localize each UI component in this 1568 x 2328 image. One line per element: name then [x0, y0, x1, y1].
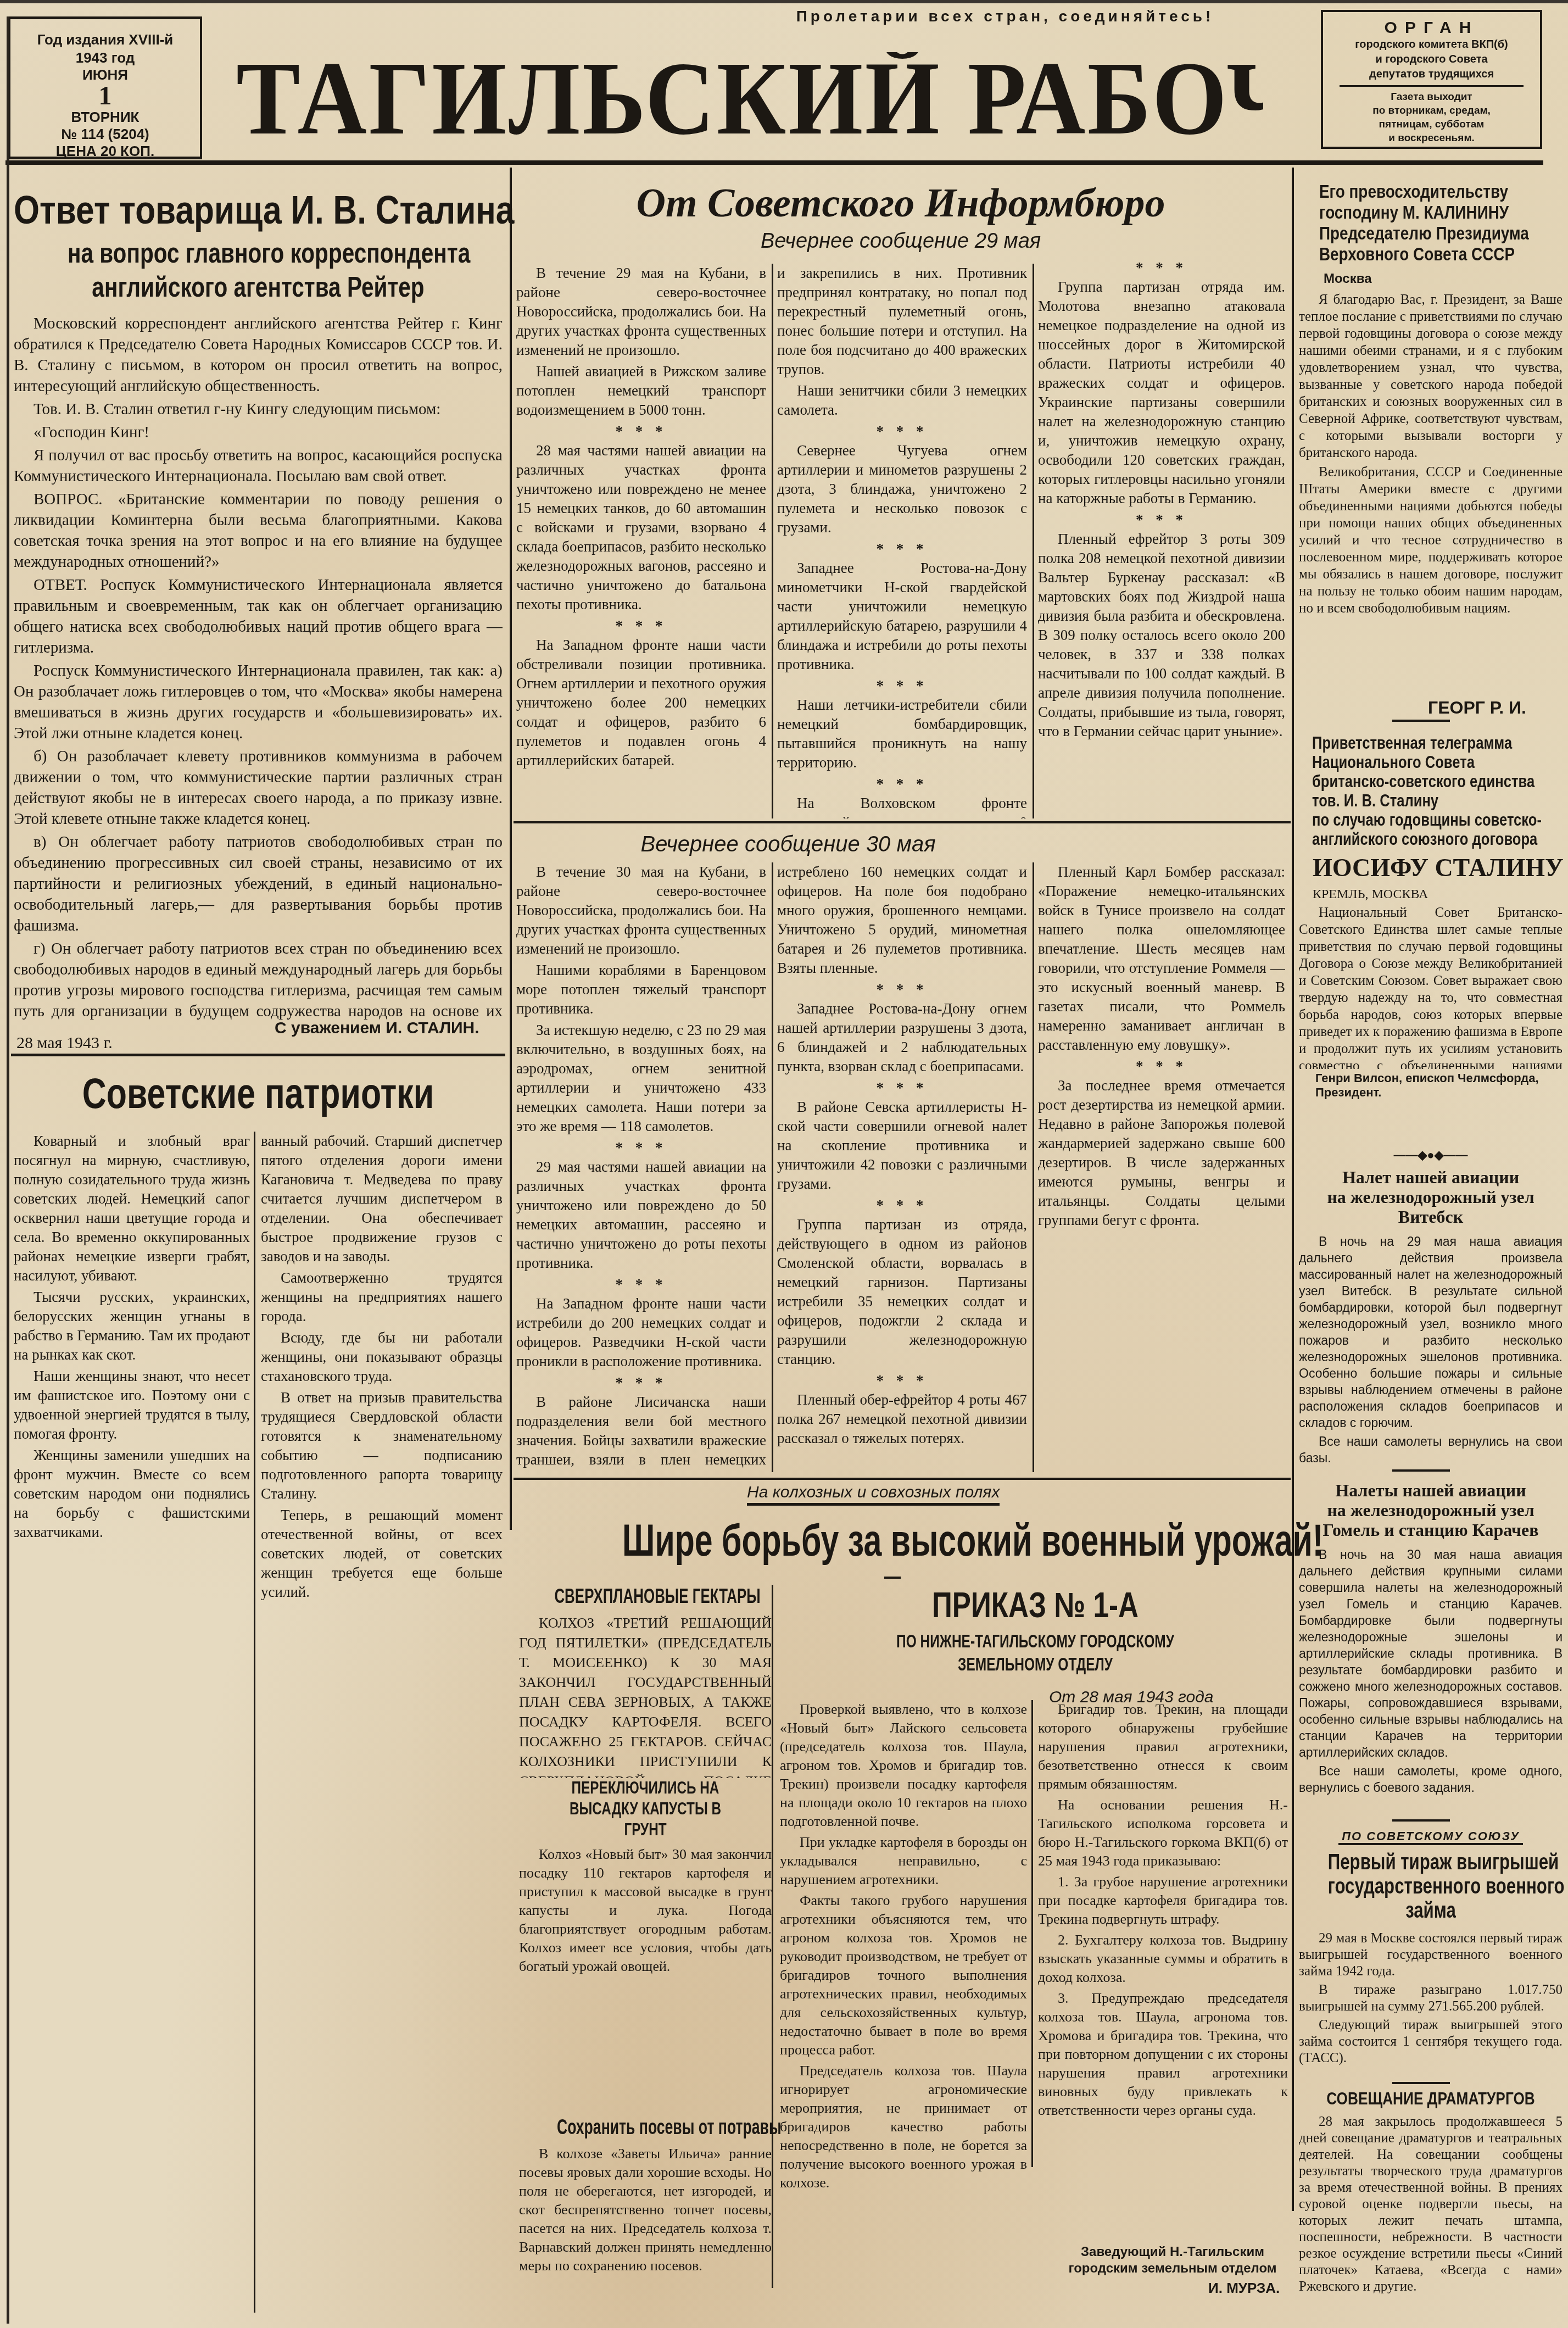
gomel-body: В ночь на 30 мая наша авиация дальнего д…: [1299, 1546, 1563, 1821]
paragraph: Я получил от вас просьбу ответить на воп…: [14, 445, 503, 487]
paragraph: В течение 30 мая на Кубани, в районе сев…: [516, 862, 766, 959]
telegram-article: Приветственная телеграмма Национального …: [1299, 733, 1563, 1100]
dramatists-title: СОВЕЩАНИЕ ДРАМАТУРГОВ: [1323, 2087, 1539, 2109]
paragraph: 28 мая частями нашей авиации на различны…: [516, 441, 766, 614]
king-title-4: Верховного Совета СССР: [1299, 244, 1515, 265]
king-title-3: Председателю Президиума: [1299, 223, 1515, 244]
schedule-2: по вторникам, средам,: [1323, 104, 1540, 118]
short-rule: [1392, 2082, 1450, 2084]
paragraph: На Волховском фронте артиллерийским огне…: [777, 794, 1027, 818]
paragraph: 29 мая в Москве состоялся первый тираж в…: [1299, 1930, 1563, 1980]
vitebsk-title-2: на железнодорожный узел: [1299, 1187, 1563, 1207]
paragraph: В районе Севска артиллеристы Н-ской част…: [777, 1098, 1027, 1194]
stalin-bottom-rule: [11, 1054, 505, 1056]
paragraph: В колхозе «Заветы Ильича» ранние посевы …: [519, 2145, 772, 2275]
cabbage-body: Колхоз «Новый быт» 30 мая закончил посад…: [519, 1845, 772, 2103]
separator-stars: * * *: [777, 1078, 1027, 1098]
paragraph: В ответ на призыв правительства трудящие…: [261, 1388, 503, 1503]
telegram-body: Национальный Совет Британско-Советского …: [1299, 904, 1563, 1069]
organ-line-3: депутатов трудящихся: [1323, 67, 1540, 82]
col-divider-1: [510, 168, 512, 1530]
issue-number: № 114 (5204): [10, 126, 200, 143]
schedule-3: пятницам, субботам: [1323, 118, 1540, 131]
left-margin-line: [7, 16, 9, 2324]
loan-rubric-text: ПО СОВЕТСКОМУ СОЮЗУ: [1338, 1829, 1523, 1845]
paragraph: 2. Бухгалтеру колхоза тов. Выдрину взыск…: [1038, 1931, 1288, 1987]
paragraph: истреблено 160 немецких солдат и офицеро…: [777, 862, 1027, 978]
paragraph: и закрепились в них. Противник предприня…: [777, 264, 1027, 379]
organ-label: ОРГАН: [1323, 19, 1540, 37]
separator-stars: * * *: [777, 1196, 1027, 1215]
loan-title-3: займа: [1328, 1898, 1533, 1923]
paragraph: Тов. И. В. Сталин ответил г-ну Кингу сле…: [14, 399, 503, 420]
evening-29-col-3: * * * Группа партизан отряда им. Молотов…: [1038, 258, 1285, 818]
loan-title-1: Первый тираж выигрышей: [1328, 1850, 1533, 1874]
paragraph: Роспуск Коммунистического Интернационала…: [14, 660, 503, 744]
paragraph: Все наши самолеты, кроме одного, вернули…: [1299, 1763, 1563, 1796]
loan-rubric: ПО СОВЕТСКОМУ СОЮЗУ: [1299, 1829, 1563, 1844]
separator-stars: * * *: [777, 1371, 1027, 1390]
issue-weekday: ВТОРНИК: [10, 109, 200, 126]
telegram-title-3: британско-советского единства: [1299, 772, 1510, 791]
paragraph: Бригадир тов. Трекин, на площади которог…: [1038, 1700, 1288, 1794]
telegram-signature-1: Генри Вилсон, епископ Челмсфорда,: [1299, 1071, 1563, 1085]
order-subtitle-2: ЗЕМЕЛЬНОМУ ОТДЕЛУ: [851, 1653, 1219, 1676]
telegram-title-4: тов. И. В. Сталину: [1299, 791, 1510, 810]
sovinform-headline: От Советского Информбюро: [514, 179, 1288, 228]
paragraph: Все наши самолеты вернулись на свои базы…: [1299, 1433, 1563, 1464]
separator-stars: * * *: [516, 1138, 766, 1157]
issue-price: ЦЕНА 20 КОП.: [10, 143, 200, 160]
organ-divider: [1340, 85, 1524, 87]
stalin-body: Московский корреспондент английского аге…: [14, 313, 503, 1027]
telegram-signature-2: Президент.: [1299, 1085, 1563, 1100]
paragraph: в) Он облегчает работу патриотов свободо…: [14, 832, 503, 936]
separator-stars: * * *: [777, 980, 1027, 999]
order-col-2: Бригадир тов. Трекин, на площади которог…: [1038, 1700, 1288, 2167]
organ-line-1: городского комитета ВКП(б): [1323, 37, 1540, 52]
king-signature: ГЕОРГ Р. И.: [1428, 698, 1526, 718]
issue-info-box: Год издания XVIII-й 1943 год ИЮНЯ 1 ВТОР…: [8, 16, 202, 159]
paragraph: Пленный Карл Бомбер рассказал: «Поражени…: [1038, 862, 1285, 1055]
separator-stars: * * *: [516, 1373, 766, 1393]
stalin-headline: Ответ товарища И. В. Сталина: [14, 187, 425, 234]
evening-29-divider-1: [772, 264, 773, 818]
stalin-signature: С уважением И. СТАЛИН.: [275, 1019, 479, 1038]
col-divider-2: [1292, 168, 1294, 2211]
paragraph: Наши женщины знают, что несет им фашистс…: [14, 1367, 250, 1444]
gomel-title-1: Налеты нашей авиации: [1299, 1480, 1563, 1500]
vitebsk-article: Налет нашей авиации на железнодорожный у…: [1299, 1167, 1563, 1464]
order-col-1: Проверкой выявлено, что в колхозе «Новый…: [780, 1700, 1027, 2310]
order-signer-title: Заведующий Н.-Тагильским городским земел…: [1060, 2244, 1285, 2277]
order-article: ПРИКАЗ № 1-А ПО НИЖНЕ-ТАГИЛЬСКОМУ ГОРОДС…: [780, 1585, 1291, 1712]
paragraph: Тысячи русских, украинских, белорусских …: [14, 1288, 250, 1365]
paragraph: 3. Предупреждаю председателя колхоза тов…: [1038, 1989, 1288, 2120]
evening-29-col-2: и закрепились в них. Противник предприня…: [777, 264, 1027, 818]
dramatists-body: 28 мая закрылось продолжавшееся 5 дней с…: [1299, 2114, 1563, 2295]
paragraph: На основании решения Н.-Тагильского испо…: [1038, 1796, 1288, 1870]
gomel-title-2: на железнодорожный узел: [1299, 1500, 1563, 1520]
extra-hectares-body: КОЛХОЗ «ТРЕТИЙ РЕШАЮЩИЙ ГОД ПЯТИЛЕТКИ» (…: [519, 1613, 772, 1778]
paragraph: Председатель колхоза тов. Шаула игнориру…: [780, 2062, 1027, 2192]
evening-29-divider-2: [1033, 264, 1034, 818]
cabbage-title: ПЕРЕКЛЮЧИЛИСЬ НА ВЫСАДКУ КАПУСТЫ В ГРУНТ: [549, 1777, 741, 1840]
stalin-subhead-1: на вопрос главного корреспондента: [68, 236, 449, 270]
paragraph: Московский корреспондент английского аге…: [14, 313, 503, 397]
stalin-date: 28 мая 1943 г.: [16, 1034, 113, 1052]
paragraph: КОЛХОЗ «ТРЕТИЙ РЕШАЮЩИЙ ГОД ПЯТИЛЕТКИ» (…: [519, 1613, 772, 1778]
paragraph: Группа партизан отряда им. Молотова внез…: [1038, 277, 1285, 508]
evening-30-col-1: В течение 30 мая на Кубани, в районе сев…: [516, 862, 766, 1472]
patriots-col-2: ванный рабочий. Старший диспетчер пятого…: [261, 1132, 503, 2313]
organ-line-2: и городского Совета: [1323, 52, 1540, 67]
evening-divider-rule: [514, 821, 1291, 823]
separator-stars: * * *: [1038, 258, 1285, 277]
king-place: Москва: [1299, 271, 1563, 287]
gomel-article: Налеты нашей авиации на железнодорожный …: [1299, 1480, 1563, 1821]
paragraph: Нашей авиацией в Рижском заливе потоплен…: [516, 362, 766, 420]
telegram-title-5: по случаю годовщины советско-: [1299, 810, 1510, 829]
evening-30-title: Вечернее сообщение 30 мая: [514, 832, 1063, 857]
paragraph: Западнее Ростова-на-Дону минометчики Н-с…: [777, 559, 1027, 674]
harvest-headline-wrap: Шире борьбу за высокий военный урожай!: [514, 1513, 1291, 1568]
paragraph: Севернее Чугуева огнем артиллерии и мино…: [777, 441, 1027, 537]
short-rule: [1392, 720, 1450, 722]
gomel-title-3: Гомель и станцию Карачев: [1299, 1520, 1563, 1540]
separator-stars: * * *: [516, 1275, 766, 1294]
protect-crops-body: В колхозе «Заветы Ильича» ранние посевы …: [519, 2145, 772, 2287]
paragraph: В течение 29 мая на Кубани, в районе сев…: [516, 264, 766, 360]
separator-stars: * * *: [1038, 510, 1285, 530]
cabbage-article: ПЕРЕКЛЮЧИЛИСЬ НА ВЫСАДКУ КАПУСТЫ В ГРУНТ…: [519, 1777, 772, 2103]
paragraph: г) Он облегчает работу патриотов всех ст…: [14, 938, 503, 1027]
telegram-title-6: английского союзного договора: [1299, 829, 1510, 849]
king-body: Я благодарю Вас, г. Президент, за Ваше т…: [1299, 291, 1563, 659]
separator-stars: * * *: [777, 539, 1027, 559]
schedule-4: и воскресеньям.: [1323, 131, 1540, 145]
separator-stars: * * *: [777, 422, 1027, 441]
separator-stars: * * *: [777, 676, 1027, 695]
paragraph: Нашими кораблями в Баренцовом море потоп…: [516, 961, 766, 1018]
paragraph: Самоотверженно трудятся женщины на предп…: [261, 1268, 503, 1326]
short-rule: [1392, 1819, 1450, 1822]
paragraph: В ночь на 29 мая наша авиация дальнего д…: [1299, 1233, 1563, 1431]
paragraph: Всюду, где бы ни работали женщины, они п…: [261, 1328, 503, 1386]
paragraph: На Западном фронте наши части истребили …: [516, 1294, 766, 1371]
paragraph: В тираже разыграно 1.017.750 выигрышей н…: [1299, 1982, 1563, 2015]
paragraph: Национальный Совет Британско-Советского …: [1299, 904, 1563, 1069]
protect-crops-title: Сохранить посевы от потравы: [557, 2115, 734, 2140]
masthead-slogan: Пролетарии всех стран, соединяйтесь!: [703, 8, 1307, 25]
paragraph: Группа партизан из отряда, действующего …: [777, 1215, 1027, 1369]
paragraph: На Западном фронте наши части обстрелива…: [516, 636, 766, 770]
schedule-1: Газета выходит: [1323, 90, 1540, 104]
extra-hectares-title: СВЕРХПЛАНОВЫЕ ГЕКТАРЫ: [554, 1585, 736, 1608]
vitebsk-title-3: Витебск: [1299, 1207, 1563, 1227]
harvest-headline: Шире борьбу за высокий военный урожай!: [622, 1513, 1182, 1568]
publication-year: Год издания XVIII-й: [10, 31, 200, 48]
issue-day: 1: [10, 83, 200, 109]
newspaper-title: ТАГИЛЬСКИЙ РАБОЧИЙ: [236, 52, 1181, 146]
patriots-headline-wrap: Советские патриотки: [11, 1068, 505, 1118]
paragraph: Пленный ефрейтор 3 роты 309 полка 208 не…: [1038, 530, 1285, 741]
paragraph: 28 мая закрылось продолжавшееся 5 дней с…: [1299, 2114, 1563, 2295]
paragraph: ОТВЕТ. Роспуск Коммунистического Интерна…: [14, 575, 503, 658]
paragraph: Великобритания, СССР и Соединенные Штаты…: [1299, 464, 1563, 617]
evening-30-divider-1: [772, 862, 773, 1472]
masthead-rule: [5, 160, 1543, 165]
vitebsk-title-1: Налет нашей авиации: [1299, 1167, 1563, 1187]
order-col-divider: [1031, 1700, 1033, 2167]
evening-30-divider-2: [1033, 862, 1034, 1472]
paragraph: б) Он разоблачает клевету противников ко…: [14, 746, 503, 829]
evening-30-col-3: Пленный Карл Бомбер рассказал: «Поражени…: [1038, 862, 1285, 1472]
telegram-addressee: ИОСИФУ СТАЛИНУ: [1299, 852, 1563, 884]
paragraph: За последнее время отмечается рост дезер…: [1038, 1076, 1285, 1230]
evening-29-title: Вечернее сообщение 29 мая: [514, 230, 1288, 253]
separator-stars: * * *: [1038, 1057, 1285, 1076]
paragraph: 29 мая частями нашей авиации на различны…: [516, 1157, 766, 1273]
order-subtitle-1: ПО НИЖНЕ-ТАГИЛЬСКОМУ ГОРОДСКОМУ: [851, 1630, 1219, 1653]
vitebsk-body: В ночь на 29 мая наша авиация дальнего д…: [1299, 1233, 1563, 1464]
paragraph: Факты такого грубого нарушения агротехни…: [780, 1891, 1027, 2059]
evening-29-col-1: В течение 29 мая на Кубани, в районе сев…: [516, 264, 766, 818]
paragraph: 1. За грубое нарушение агротехники при п…: [1038, 1873, 1288, 1929]
year-number: 1943 год: [10, 49, 200, 66]
paragraph: «Господин Кинг!: [14, 422, 503, 443]
ornament-divider: ——◆●◆——: [1299, 1148, 1563, 1162]
loan-body: 29 мая в Москве состоялся первый тираж в…: [1299, 1930, 1563, 2079]
telegram-place: КРЕМЛЬ, МОСКВА: [1299, 887, 1563, 902]
paragraph: Наши зенитчики сбили 3 немецких самолета…: [777, 381, 1027, 420]
harvest-rubric: На колхозных и совхозных полях: [747, 1483, 1000, 1506]
paragraph: ванный рабочий. Старший диспетчер пятого…: [261, 1132, 503, 1266]
paragraph: В районе Лисичанска наши подразделения в…: [516, 1393, 766, 1472]
king-title-2: господину М. КАЛИНИНУ: [1299, 202, 1515, 223]
protect-crops-article: Сохранить посевы от потравы В колхозе «З…: [519, 2115, 772, 2287]
order-title: ПРИКАЗ № 1-А: [831, 1585, 1240, 1625]
paragraph: Теперь, в решающий момент отечественной …: [261, 1506, 503, 1602]
paragraph: Следующий тираж выигрышей этого займа со…: [1299, 2017, 1563, 2067]
extra-hectares-article: СВЕРХПЛАНОВЫЕ ГЕКТАРЫ КОЛХОЗ «ТРЕТИЙ РЕШ…: [519, 1585, 772, 1778]
evening-30-col-2: истреблено 160 немецких солдат и офицеро…: [777, 862, 1027, 1472]
king-letter-article: Его превосходительству господину М. КАЛИ…: [1299, 181, 1563, 659]
telegram-title-1: Приветственная телеграмма: [1299, 733, 1510, 753]
short-rule: [1392, 1469, 1450, 1472]
patriots-col-divider: [254, 1132, 255, 2313]
paragraph: Коварный и злобный враг посягнул на мирн…: [14, 1132, 250, 1285]
paragraph: За истекшую неделю, с 23 по 29 мая включ…: [516, 1021, 766, 1136]
paragraph: Наши летчики-истребители сбили немецкий …: [777, 695, 1027, 772]
paragraph: Западнее Ростова-на-Дону огнем нашей арт…: [777, 999, 1027, 1076]
patriots-headline: Советские патриотки: [65, 1068, 451, 1118]
paragraph: ВОПРОС. «Британские комментарии по повод…: [14, 489, 503, 572]
loan-title-2: государственного военного: [1328, 1874, 1533, 1898]
separator-stars: * * *: [516, 616, 766, 636]
paragraph: Я благодарю Вас, г. Президент, за Ваше т…: [1299, 291, 1563, 461]
order-signer-name: И. МУРЗА.: [1208, 2280, 1280, 2297]
masthead-title-wrap: ТАГИЛЬСКИЙ РАБОЧИЙ: [236, 52, 1263, 146]
top-edge: [0, 0, 1568, 3]
paragraph: Пленный обер-ефрейтор 4 роты 467 полка 2…: [777, 1390, 1027, 1448]
separator-stars: * * *: [516, 422, 766, 441]
dramatists-article: СОВЕЩАНИЕ ДРАМАТУРГОВ 28 мая закрылось п…: [1299, 2087, 1563, 2295]
separator-stars: * * *: [777, 775, 1027, 794]
stalin-subhead-2: английского агентства Рейтер: [68, 270, 449, 304]
paragraph: Колхоз «Новый быт» 30 мая закончил посад…: [519, 1845, 772, 1976]
king-title-1: Его превосходительству: [1299, 181, 1515, 202]
patriots-col-1: Коварный и злобный враг посягнул на мирн…: [14, 1132, 250, 2313]
harvest-col-divider: [772, 1585, 773, 2288]
paragraph: При укладке картофеля в борозды он уклад…: [780, 1833, 1027, 1889]
telegram-title-2: Национального Совета: [1299, 753, 1510, 772]
loan-article: ПО СОВЕТСКОМУ СОЮЗУ Первый тираж выигрыш…: [1299, 1829, 1563, 2079]
paragraph: В ночь на 30 мая наша авиация дальнего д…: [1299, 1546, 1563, 1761]
paragraph: Проверкой выявлено, что в колхозе «Новый…: [780, 1700, 1027, 1831]
stalin-answer-article: Ответ товарища И. В. Сталина на вопрос г…: [14, 187, 503, 1027]
paragraph: Женщины заменили ушедших на фронт мужчин…: [14, 1446, 250, 1542]
harvest-top-rule: [514, 1478, 1291, 1480]
short-rule: [884, 1577, 901, 1579]
organ-box: ОРГАН городского комитета ВКП(б) и город…: [1321, 10, 1542, 149]
